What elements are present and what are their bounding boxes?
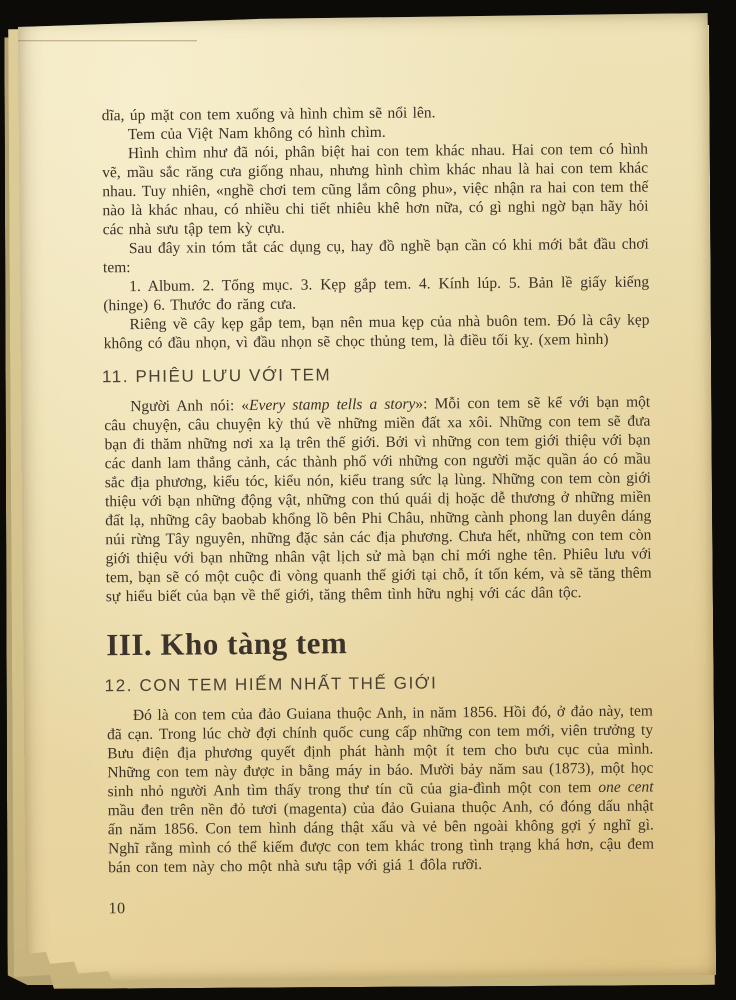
paragraph-tweezers-advice: Riêng về cây kẹp gắp tem, bạn nên mua kẹ…	[103, 311, 649, 354]
book-page: dĩa, úp mặt con tem xuống và hình chìm s…	[18, 13, 716, 981]
rarest-text-post: mầu đen trên nền đỏ tươi (magenta) của đ…	[108, 798, 654, 877]
adventure-quote-italic: Every stamp tells a story	[249, 396, 415, 414]
paragraph-tools-list: 1. Album. 2. Tổng mục. 3. Kẹp gắp tem. 4…	[103, 273, 649, 316]
scanned-book-photo: { "page": { "number": "10", "paper_color…	[0, 0, 736, 1000]
page-number: 10	[109, 895, 655, 919]
chapter-heading-kho-tang-tem: III. Kho tàng tem	[106, 624, 652, 663]
rarest-one-cent-italic: one cent	[598, 779, 653, 796]
paragraph-tools-intro: Sau đây xin tóm tắt các dụng cụ, hay đồ …	[103, 235, 649, 278]
paragraph-watermark-detail: Hình chìm như đã nói, phân biệt hai con …	[102, 140, 649, 240]
page-top-fold-seam	[18, 40, 197, 41]
rarest-text-pre: Đó là con tem của đảo Guiana thuộc Anh, …	[107, 703, 653, 801]
adventure-text-pre: Người Anh nói: «	[130, 397, 249, 415]
section-heading-12: 12. CON TEM HIẾM NHẤT THẾ GIỚI	[105, 672, 653, 697]
section-heading-11: 11. PHIÊU LƯU VỚI TEM	[102, 363, 650, 388]
adventure-text-post: »: Mỗi con tem sẽ kể với bạn một câu chu…	[104, 394, 651, 606]
page-text-block: dĩa, úp mặt con tem xuống và hình chìm s…	[102, 102, 655, 919]
paragraph-adventure-with-stamps: Người Anh nói: «Every stamp tells a stor…	[104, 393, 652, 607]
paragraph-rarest-stamp: Đó là con tem của đảo Guiana thuộc Anh, …	[107, 702, 654, 878]
